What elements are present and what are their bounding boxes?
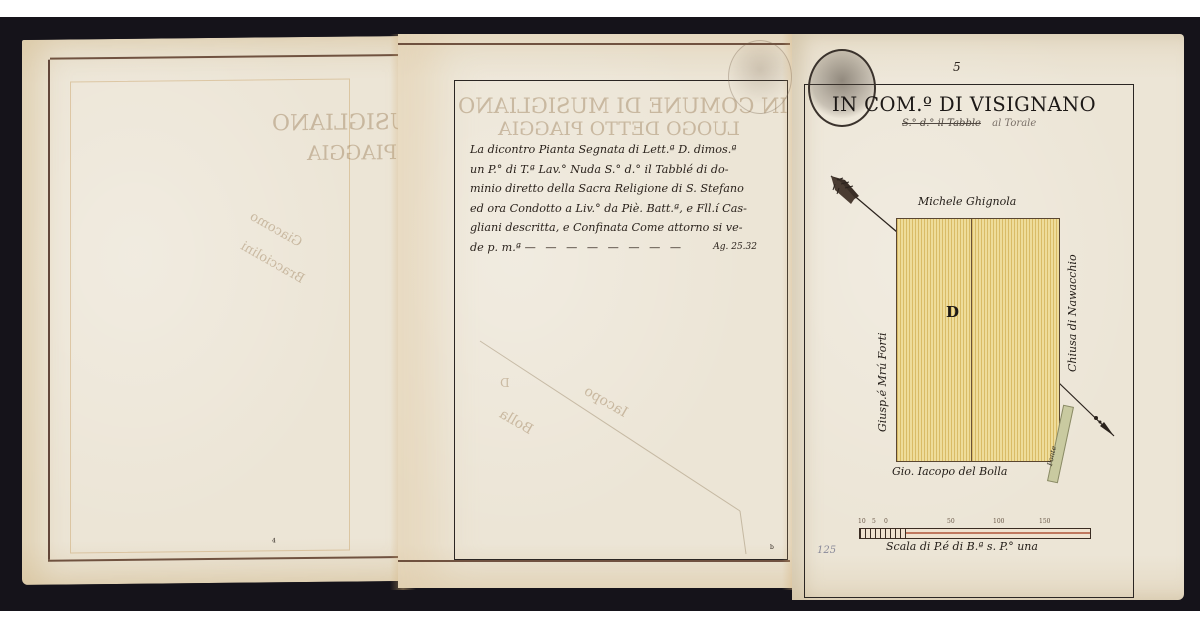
top-rule [50, 54, 400, 60]
parcel-label: D [946, 303, 959, 321]
folio-number: 5 [953, 60, 961, 74]
map-subtitle: S.° d.° il Tabble al Torale [902, 118, 1036, 129]
boundary-north: Michele Ghignola [918, 195, 1016, 208]
ghost-diagonal-line [398, 34, 792, 588]
scale-tick: 5 [872, 518, 876, 525]
boundary-south: Gio. Iacopo del Bolla [892, 465, 1007, 478]
parcel-d: D [896, 218, 1060, 462]
scale-bar [859, 528, 1091, 539]
description-line: minio diretto della Sacra Religione di S… [470, 179, 795, 199]
left-rule [48, 60, 50, 560]
description-end-mark: Ag. 25.32 [713, 238, 757, 258]
subtitle-correction: al Torale [992, 118, 1036, 129]
page-mark: b [770, 544, 774, 551]
archive-number: 125 [817, 545, 836, 556]
scale-label: Scala di P.é di B.ª s. P.° una [886, 540, 1038, 553]
left-page: IN COMUNE DI MUSIGLIANO LUOGO DETTO PIAG… [22, 36, 400, 585]
dash-fill: — — — — — — — — [525, 241, 684, 254]
north-arrow-icon [825, 170, 905, 240]
ghost-seal-stamp [728, 40, 792, 114]
middle-page: IN COMUNE DI MUSIGLIANO LUOGO DETTO PIAG… [398, 34, 792, 588]
description-line: ed ora Condotto a Liv.° da Piè. Batt.ª, … [470, 199, 795, 219]
scale-tick: 10 [858, 518, 866, 525]
description-last-line: de p. m.ª [470, 241, 521, 254]
boundary-west: Giusp.é Mrú Forti [876, 332, 889, 432]
bottom-rule [48, 556, 400, 562]
scale-tick: 50 [947, 518, 955, 525]
scale-tick: 0 [884, 518, 888, 525]
description-line: gliani descritta, e Confinata Come attor… [470, 218, 795, 238]
scale-red-line [906, 532, 1090, 534]
map-title: IN COM.º DI VISIGNANO [832, 93, 1096, 116]
description-line: La dicontro Pianta Segnata di Lett.ª D. … [470, 140, 795, 160]
page-mark: 4 [272, 537, 276, 544]
scale-tick: 150 [1039, 518, 1050, 525]
subtitle-struck: S.° d.° il Tabble [902, 118, 981, 129]
description-line: un P.° di T.ª Lav.° Nuda S.° d.° il Tabb… [470, 160, 795, 180]
parcel-description: La dicontro Pianta Segnata di Lett.ª D. … [470, 140, 795, 258]
boundary-east: Chiusa di Nawacchio [1066, 254, 1079, 372]
scale-tick: 100 [993, 518, 1004, 525]
description-line: de p. m.ª — — — — — — — — Ag. 25.32 [470, 238, 795, 258]
parcel-divider [971, 219, 972, 461]
scale-checker [860, 529, 906, 538]
